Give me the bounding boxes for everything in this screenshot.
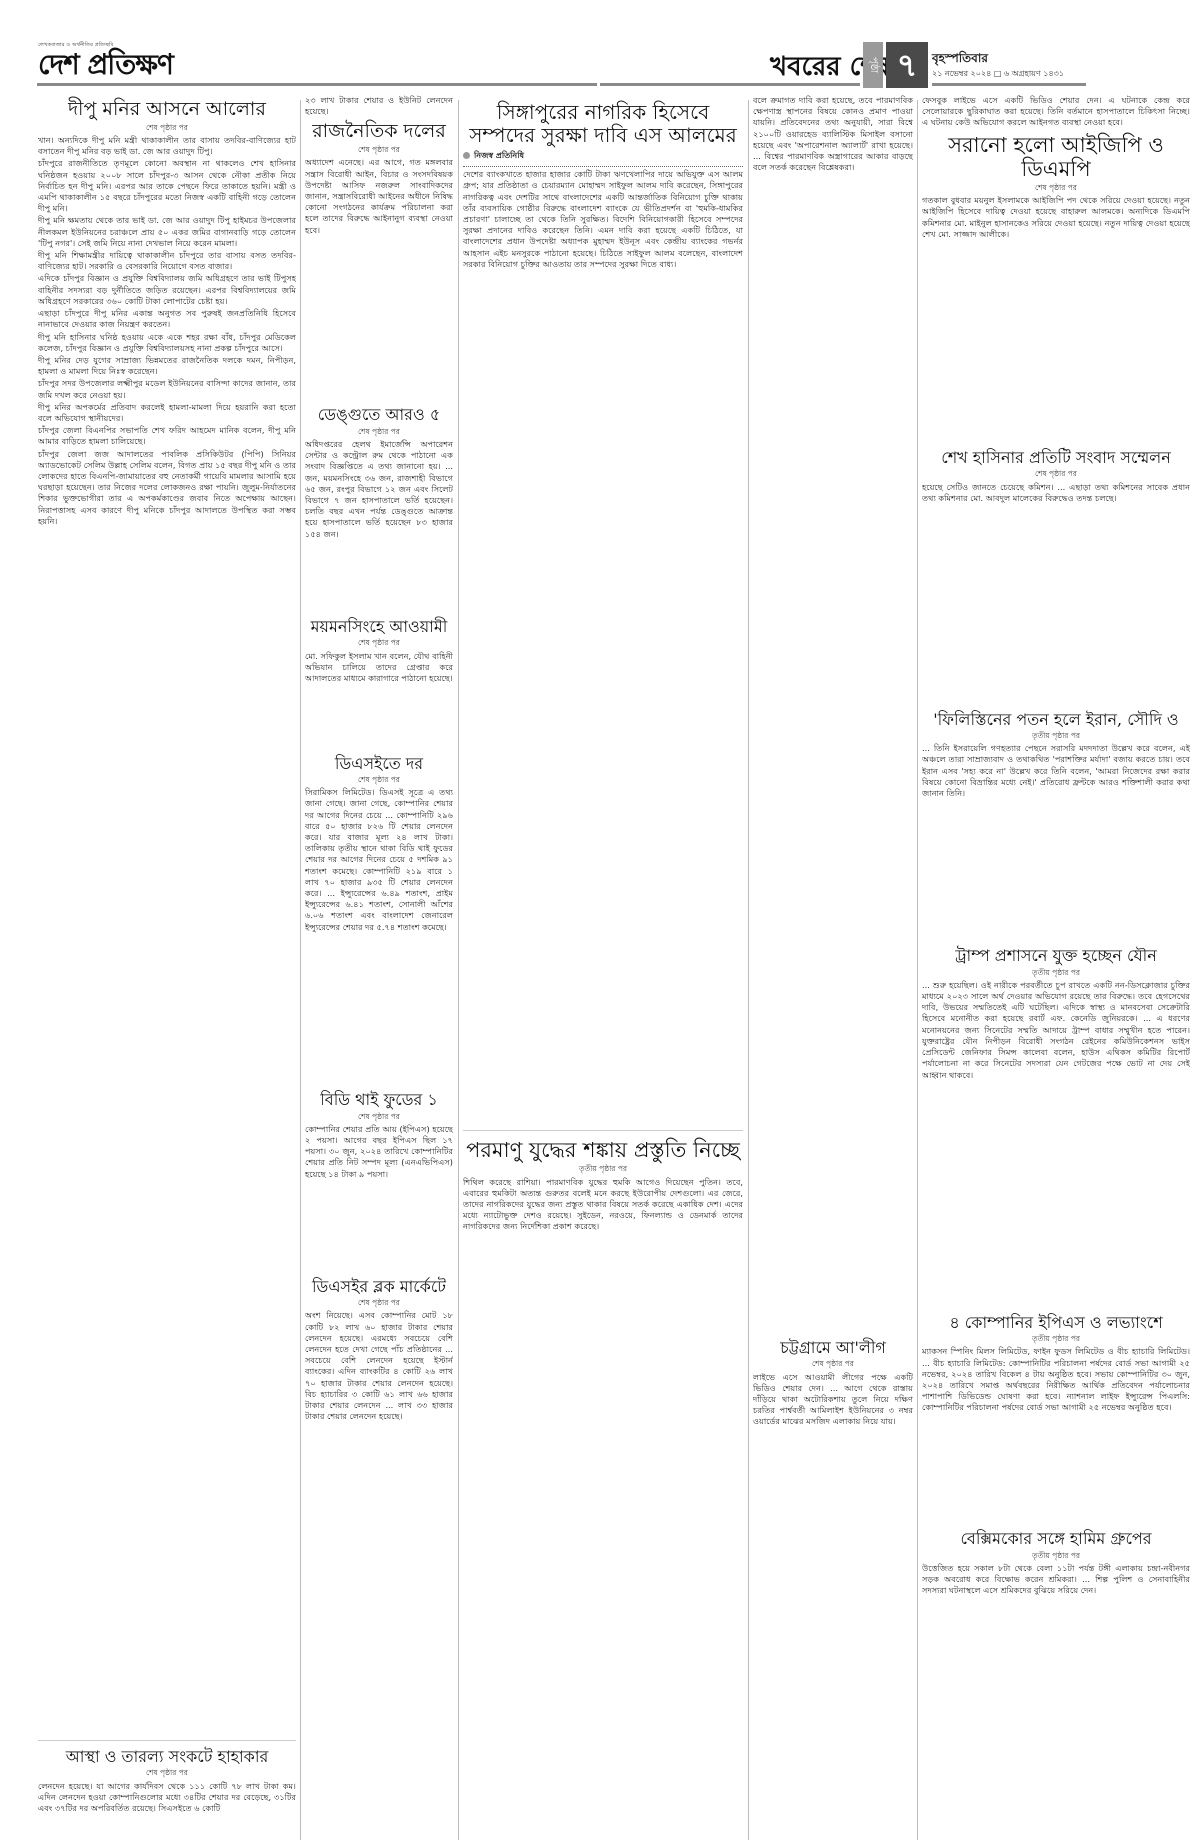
continued-label: শেষ পৃষ্ঠার পর: [922, 182, 1190, 193]
article-paragraph: এদিকে চাঁদপুর বিজ্ঞান ও প্রযুক্তি বিশ্বব…: [38, 273, 296, 307]
article-beximco-hamim: বেক্সিমকোর সঙ্গে হামিম গ্রুপের তৃতীয় পৃ…: [922, 1530, 1190, 1596]
lead-text: ২৩ লাখ টাকার শেয়ার ও ইউনিট লেনদেন হয়েছ…: [305, 95, 453, 117]
article-paragraph: অধ্যাদেশ এনেছে। এর আগে, গত মঙ্গলবার সন্ত…: [305, 157, 453, 402]
column-4: বলে ক্রমাগত দাবি করা হয়েছে, তবে পারমাণব…: [753, 95, 913, 1843]
article-paragraph: সিরামিকস লিমিটেড। ডিএসই সূত্রে এ তথ্য জা…: [305, 787, 453, 1087]
article-paragraph: উত্তেজিত হয়ে সকাল ৮টা থেকে বেলা ১১টা পর…: [922, 1563, 1190, 1597]
column-divider: [458, 100, 459, 1840]
article-paragraph: দেশের ব্যাংকখাতে হাজার হাজার কোটি টাকা ঋ…: [463, 169, 743, 1129]
article-chattogram: চট্টগ্রামে আ'লীগ শেষ পৃষ্ঠার পর লাইভে এস…: [753, 1339, 913, 1428]
column-2: ২৩ লাখ টাকার শেয়ার ও ইউনিট লেনদেন হয়েছ…: [305, 95, 453, 1843]
weekday: বৃহস্পতিবার: [932, 50, 988, 70]
headline-dse-price[interactable]: ডিএসইতে দর: [305, 755, 453, 773]
article-paragraph: লেনদেন হয়েছে। যা আগের কার্যদিবস থেকে ১১…: [38, 1781, 296, 1815]
logo-block: লেখকবাজার ও অর্থনীতির প্রতিচ্ছবি দেশ প্র…: [38, 42, 173, 80]
headline-4-companies[interactable]: ৪ কোম্পানির ইপিএস ও লভ্যাংশে: [922, 1314, 1190, 1332]
headline-liquidity[interactable]: আস্থা ও তারল্য সংকটে হাহাকার: [38, 1748, 296, 1766]
headline-bd-thai-food[interactable]: বিডি থাই ফুডের ১: [305, 1091, 453, 1109]
article-paragraph: বলে ক্রমাগত দাবি করা হয়েছে, তবে পারমাণব…: [753, 95, 913, 1335]
bullet-icon: [463, 152, 470, 159]
article-paragraph: দীপু মনি ক্ষমতায় থেকে তার ভাই ডা. জে আর…: [38, 215, 296, 249]
article-paragraph: অধিদপ্তরের হেলথ ইমার্জেন্সি অপারেশন সেন্…: [305, 439, 453, 614]
article-4-companies: ৪ কোম্পানির ইপিএস ও লভ্যাংশে তৃতীয় পৃষ্…: [922, 1314, 1190, 1527]
article-dse-block-market: ডিএসইর ব্লক মার্কেটে শেষ পৃষ্ঠার পর অংশ …: [305, 1278, 453, 1423]
column-divider: [748, 100, 749, 1840]
headline-trump-admin[interactable]: ট্রাম্প প্রশাসনে যুক্ত হচ্ছেন যৌন: [922, 947, 1190, 965]
page-number: ৭: [886, 42, 928, 88]
article-dse-price: ডিএসইতে দর শেষ পৃষ্ঠার পর সিরামিকস লিমিট…: [305, 755, 453, 1088]
article-hasina-press: শেখ হাসিনার প্রতিটি সংবাদ সম্মেলন শেষ পৃ…: [922, 449, 1190, 707]
column-1: দীপু মনির আসনে আলোর শেষ পৃষ্ঠার পর খান। …: [38, 95, 296, 1843]
byline-text: নিজস্ব প্রতিনিধি: [474, 151, 524, 160]
article-paragraph: কোম্পানির শেয়ার প্রতি আয় (ইপিএস) হয়েছ…: [305, 1124, 453, 1274]
continued-label: তৃতীয় পৃষ্ঠার পর: [463, 1163, 743, 1174]
continued-label: তৃতীয় পৃষ্ঠার পর: [922, 1550, 1190, 1561]
continued-label: তৃতীয় পৃষ্ঠার পর: [922, 730, 1190, 741]
article-paragraph: লাইভে এসে আওয়ামী লীগের পক্ষে একটি ভিডিও…: [753, 1372, 913, 1428]
article-paragraph: এছাড়া চাঁদপুরে দীপু মনির একান্ত অনুগত স…: [38, 308, 296, 330]
article-paragraph: শিথিল করেছে রাশিয়া। পারমাণবিক যুদ্ধের হ…: [463, 1177, 743, 1233]
article-trump-admin: ট্রাম্প প্রশাসনে যুক্ত হচ্ছেন যৌন তৃতীয়…: [922, 947, 1190, 1310]
continued-label: শেষ পৃষ্ঠার পর: [305, 1297, 453, 1308]
continued-label: শেষ পৃষ্ঠার পর: [38, 122, 296, 133]
article-paragraph: গতকাল বুধবার ময়নুল ইসলামকে আইজিপি পদ থে…: [922, 195, 1190, 445]
continued-label: শেষ পৃষ্ঠার পর: [305, 426, 453, 437]
article-igp-dmp: সরানো হলো আইজিপি ও ডিএমপি শেষ পৃষ্ঠার পর…: [922, 133, 1190, 445]
headline-beximco-hamim[interactable]: বেক্সিমকোর সঙ্গে হামিম গ্রুপের: [922, 1530, 1190, 1548]
header-rule: [37, 83, 597, 86]
continued-label: শেষ পৃষ্ঠার পর: [305, 774, 453, 785]
headline-political-party[interactable]: রাজনৈতিক দলের: [305, 121, 453, 143]
article-political-party: রাজনৈতিক দলের শেষ পৃষ্ঠার পর অধ্যাদেশ এন…: [305, 121, 453, 402]
article-paragraph: চাঁদপুরে রাজনীতিতে তৃণমূলে কোনো অবস্থান …: [38, 158, 296, 214]
column-divider: [300, 100, 301, 1840]
article-paragraph: হয়েছে সেটিও জানতে চেয়েছে কমিশন। ... এছ…: [922, 482, 1190, 707]
article-nuclear-war: পরমাণু যুদ্ধের শঙ্কায় প্রস্তুতি নিচ্ছে …: [463, 1130, 743, 1232]
continued-label: তৃতীয় পৃষ্ঠার পর: [922, 1333, 1190, 1344]
article-paragraph: খান। অন্যদিকে দীপু মনি মন্ত্রী থাকাকালীন…: [38, 135, 296, 157]
article-paragraph: মো. সফিকুল ইসলাম খান বলেন, যৌথ বাহিনী অভ…: [305, 651, 453, 751]
date-line: ২১ নভেম্বর ২০২৪ □ ৬ অগ্রহায়ণ ১৪৩১: [932, 68, 1064, 81]
article-paragraph: দীপু মনির অপকর্মের প্রতিবাদ করলেই হামলা-…: [38, 402, 296, 424]
continued-label: শেষ পৃষ্ঠার পর: [922, 468, 1190, 479]
article-paragraph: চাঁদপুর সদর উপজেলার লক্ষ্মীপুর মডেল ইউনি…: [38, 378, 296, 400]
headline-chattogram[interactable]: চট্টগ্রামে আ'লীগ: [753, 1339, 913, 1357]
headline-nuclear-war[interactable]: পরমাণু যুদ্ধের শঙ্কায় প্রস্তুতি নিচ্ছে: [463, 1138, 743, 1162]
column-5: ফেসবুক লাইভে এসে একটি ভিডিও শেয়ার দেন। …: [922, 95, 1190, 1843]
article-paragraph: অংশ নিয়েছে। এসব কোম্পানির মোট ১৮ কোটি ৮…: [305, 1310, 453, 1422]
headline-hasina-press[interactable]: শেখ হাসিনার প্রতিটি সংবাদ সম্মেলন: [922, 449, 1190, 467]
article-bd-thai-food: বিডি থাই ফুডের ১ শেষ পৃষ্ঠার পর কোম্পানি…: [305, 1091, 453, 1274]
continued-label: শেষ পৃষ্ঠার পর: [753, 1358, 913, 1369]
article-mymensingh: ময়মনসিংহে আওয়ামী শেষ পৃষ্ঠার পর মো. সফ…: [305, 618, 453, 751]
headline-mymensingh[interactable]: ময়মনসিংহে আওয়ামী: [305, 618, 453, 636]
header-rule: [600, 83, 860, 86]
article-paragraph: ম্যাকসন স্পিনিং মিলস লিমিটেড, ফাইন ফুডস …: [922, 1346, 1190, 1526]
article-paragraph: ... শুরু হয়েছিল। ওই নারীকে পরবর্তীতে চু…: [922, 980, 1190, 1310]
byline: নিজস্ব প্রতিনিধি: [463, 150, 743, 167]
continued-label: তৃতীয় পৃষ্ঠার পর: [922, 967, 1190, 978]
headline-palestine[interactable]: 'ফিলিস্তিনের পতন হলে ইরান, সৌদি ও: [922, 711, 1190, 729]
header-rule: [932, 83, 1086, 86]
article-paragraph: চাঁদপুর জেলা জজ আদালতের পাবলিক প্রসিকিউট…: [38, 449, 296, 527]
column-3: সিঙ্গাপুরের নাগরিক হিসেবে সম্পদের সুরক্ষ…: [463, 95, 743, 1843]
article-paragraph: ... তিনি ইসরায়েলি গণহত্যার পেছনে সরাসরি…: [922, 743, 1190, 943]
continued-label: শেষ পৃষ্ঠার পর: [305, 144, 453, 155]
article-dengue: ডেঙ্গুতে আরও ৫ শেষ পৃষ্ঠার পর অধিদপ্তরের…: [305, 406, 453, 614]
article-paragraph: দীপু মনি হাসিনার ঘনিষ্ঠ হওয়ায় একে একে …: [38, 332, 296, 354]
headline-igp-dmp[interactable]: সরানো হলো আইজিপি ও ডিএমপি: [922, 133, 1190, 181]
article-paragraph: দীপু মনি শিক্ষামন্ত্রীর দায়িত্বে থাকাকা…: [38, 250, 296, 272]
page-label: পৃষ্ঠা: [863, 42, 883, 88]
lead-text: ফেসবুক লাইভে এসে একটি ভিডিও শেয়ার দেন। …: [922, 95, 1190, 129]
continued-label: শেষ পৃষ্ঠার পর: [38, 1767, 296, 1778]
headline-dengue[interactable]: ডেঙ্গুতে আরও ৫: [305, 406, 453, 424]
headline-dse-block[interactable]: ডিএসইর ব্লক মার্কেটে: [305, 1278, 453, 1296]
article-liquidity-crisis: আস্থা ও তারল্য সংকটে হাহাকার শেষ পৃষ্ঠার…: [38, 1740, 296, 1815]
column-divider: [917, 100, 918, 1840]
headline-s-alam[interactable]: সিঙ্গাপুরের নাগরিক হিসেবে সম্পদের সুরক্ষ…: [463, 101, 743, 147]
continued-label: শেষ পৃষ্ঠার পর: [305, 1111, 453, 1122]
article-paragraph: দীপু মনির দেড় যুগের সাম্রাজ্য ভিন্নমতের…: [38, 355, 296, 377]
article-palestine: 'ফিলিস্তিনের পতন হলে ইরান, সৌদি ও তৃতীয়…: [922, 711, 1190, 944]
continued-label: শেষ পৃষ্ঠার পর: [305, 637, 453, 648]
article-paragraph: চাঁদপুর জেলা বিএনপির সভাপতি শেখ ফরিদ আহম…: [38, 425, 296, 447]
masthead: লেখকবাজার ও অর্থনীতির প্রতিচ্ছবি দেশ প্র…: [0, 0, 1200, 95]
newspaper-logo[interactable]: দেশ প্রতিক্ষণ: [38, 50, 173, 80]
headline-dipu-moni[interactable]: দীপু মনির আসনে আলোর: [38, 99, 296, 121]
